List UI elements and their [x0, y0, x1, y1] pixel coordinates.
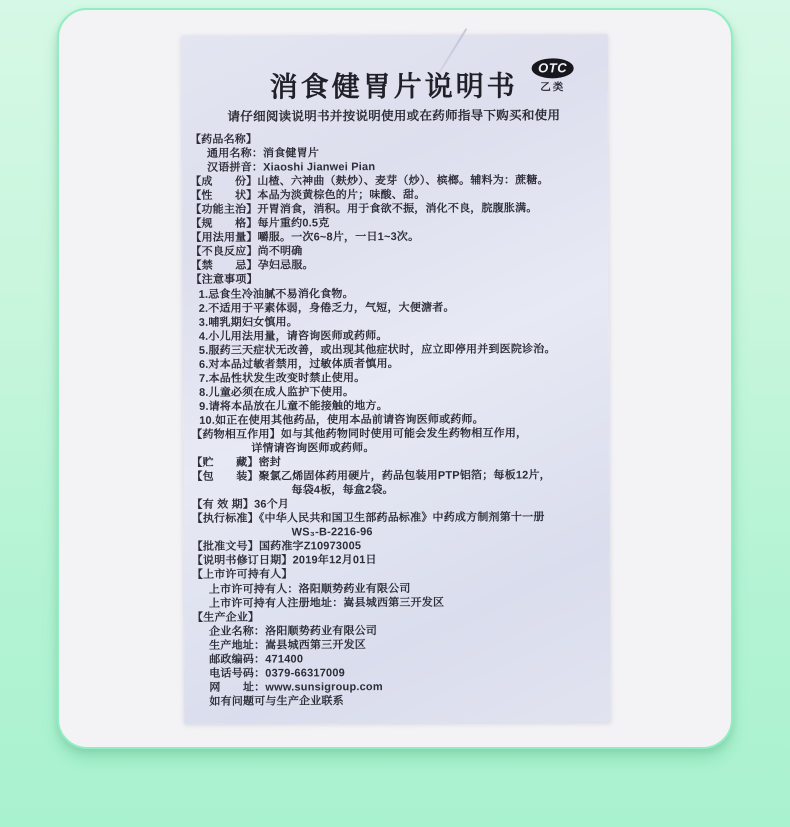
leaflet-content: OTC 乙类 消食健胃片说明书 请仔细阅读说明书并按说明使用或在药师指导下购买和… [182, 34, 611, 724]
leaflet-body: 【药品名称】 通用名称：消食健胃片 汉语拼音：Xiaoshi Jianwei P… [190, 131, 601, 709]
line-contact-note: 如有问题可与生产企业联系 [209, 693, 600, 709]
line-ingredients: 【成 份】山楂、六神曲（麸炒）、麦芽（炒）、槟榔。辅料为：蔗糖。 [190, 173, 598, 189]
line-drug-interactions-cont: 详情请咨询医师或药师。 [251, 440, 599, 456]
line-standard-cont: WS₃-B-2216-96 [292, 524, 600, 539]
otc-category-label: 乙类 [528, 79, 578, 94]
otc-logo: OTC [531, 58, 574, 78]
otc-badge: OTC 乙类 [528, 58, 578, 94]
line-indications: 【功能主治】开胃消食，消积。用于食欲不振，消化不良，脘腹胀满。 [190, 201, 598, 217]
leaflet-subtitle: 请仔细阅读说明书并按说明使用或在药师指导下购买和使用 [190, 108, 598, 125]
line-packaging-cont: 每袋4板，每盒2袋。 [291, 482, 599, 497]
instruction-leaflet-paper: OTC 乙类 消食健胃片说明书 请仔细阅读说明书并按说明使用或在药师指导下购买和… [182, 34, 611, 724]
line-standard: 【执行标准】《中华人民共和国卫生部药品标准》中药成方制剂第十一册 [192, 510, 600, 526]
line-precaution-5: 5.服药三天症状无改善，或出现其他症状时，应立即停用并到医院诊治。 [199, 342, 599, 358]
line-packaging: 【包 装】聚氯乙烯固体药用硬片，药品包装用PTP铝箔；每板12片， [191, 468, 599, 484]
leaflet-card: OTC 乙类 消食健胃片说明书 请仔细阅读说明书并按说明使用或在药师指导下购买和… [57, 8, 733, 749]
